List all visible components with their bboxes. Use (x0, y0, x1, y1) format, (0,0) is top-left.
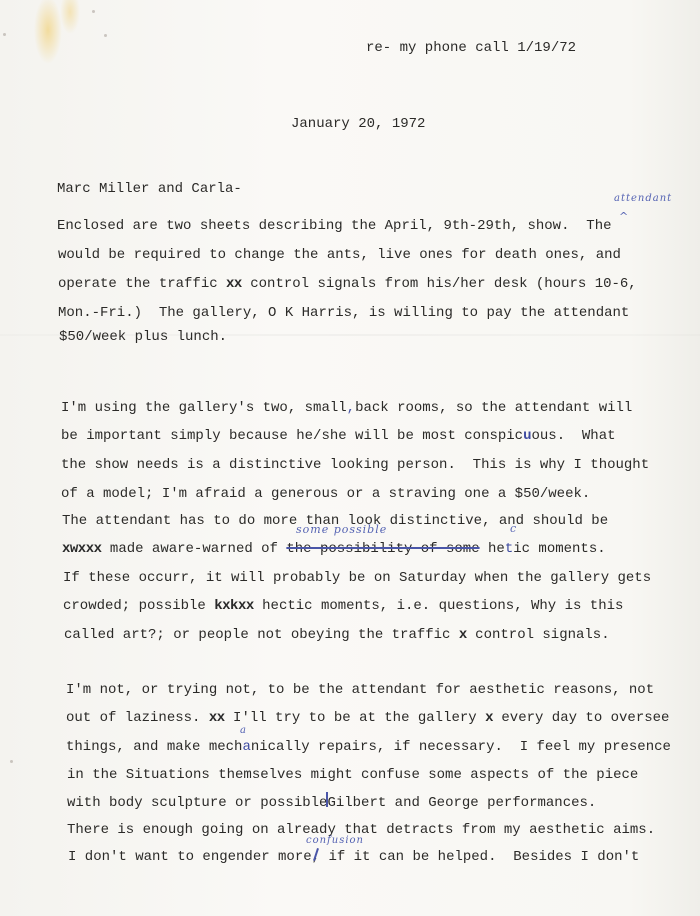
struck-out-text: the possibility of some (286, 541, 479, 557)
typed-xout: xx (209, 710, 225, 726)
paragraph2-line8: crowded; possible kxkxx hectic moments, … (63, 598, 623, 614)
paragraph2-line4: of a model; I'm afraid a generous or a s… (61, 486, 590, 502)
overstruck-letter: a (242, 739, 250, 755)
handwritten-insert-mark (326, 792, 328, 807)
overstruck-letter: t (505, 541, 513, 557)
handwritten-caret: ^ (619, 210, 629, 223)
paragraph2-line9: called art?; or people not obeying the t… (64, 627, 610, 643)
paragraph2-line6: xwxxx made aware-warned of the possibili… (62, 541, 606, 557)
paper-speck (92, 10, 95, 13)
typed-xout: kxkxx (214, 598, 254, 614)
typed-xout: xx (226, 276, 242, 292)
handwritten-comma: , (347, 400, 355, 416)
paragraph3-line1: I'm not, or trying not, to be the attend… (66, 682, 654, 698)
paragraph1-line5: $50/week plus lunch. (59, 329, 227, 345)
paragraph2-line1: I'm using the gallery's two, small,back … (61, 400, 632, 416)
paper-speck (3, 33, 6, 36)
paragraph3-line2: out of laziness. xx I'll try to be at th… (66, 710, 669, 726)
typed-xout: x (459, 627, 467, 643)
paragraph1-line1: Enclosed are two sheets describing the A… (57, 218, 612, 234)
paragraph2-line7: If these occurr, it will probably be on … (63, 570, 651, 586)
letter-date: January 20, 1972 (291, 116, 425, 132)
paragraph3-line5: with body sculpture or possibleGilbert a… (67, 795, 596, 811)
paragraph3-line3: things, and make mechanically repairs, i… (66, 739, 671, 755)
letter-page: re- my phone call 1/19/72 January 20, 19… (0, 0, 700, 916)
paragraph2-line2: be important simply because he/she will … (61, 428, 616, 444)
paragraph2-line3: the show needs is a distinctive looking … (61, 457, 649, 473)
paragraph1-line2: would be required to change the ants, li… (58, 247, 621, 263)
paragraph3-line7: I don't want to engender more, if it can… (68, 849, 639, 865)
paragraph1-line4: Mon.-Fri.) The gallery, O K Harris, is w… (58, 305, 629, 321)
salutation: Marc Miller and Carla- (57, 181, 242, 197)
handwritten-attendant: attendant (614, 193, 672, 204)
handwritten-c: c (510, 522, 517, 535)
handwritten-a: a (240, 725, 247, 736)
handwritten-some-possible: some possible (296, 523, 387, 536)
paper-speck (104, 34, 107, 37)
typed-xout: x (485, 710, 493, 726)
paragraph1-line3: operate the traffic xx control signals f… (58, 276, 637, 292)
reference-line: re- my phone call 1/19/72 (366, 40, 576, 56)
typed-xout: xwxxx (62, 541, 102, 557)
paper-speck (10, 760, 13, 763)
handwritten-confusion: confusion (306, 835, 364, 846)
paragraph3-line4: in the Situations themselves might confu… (67, 767, 638, 783)
